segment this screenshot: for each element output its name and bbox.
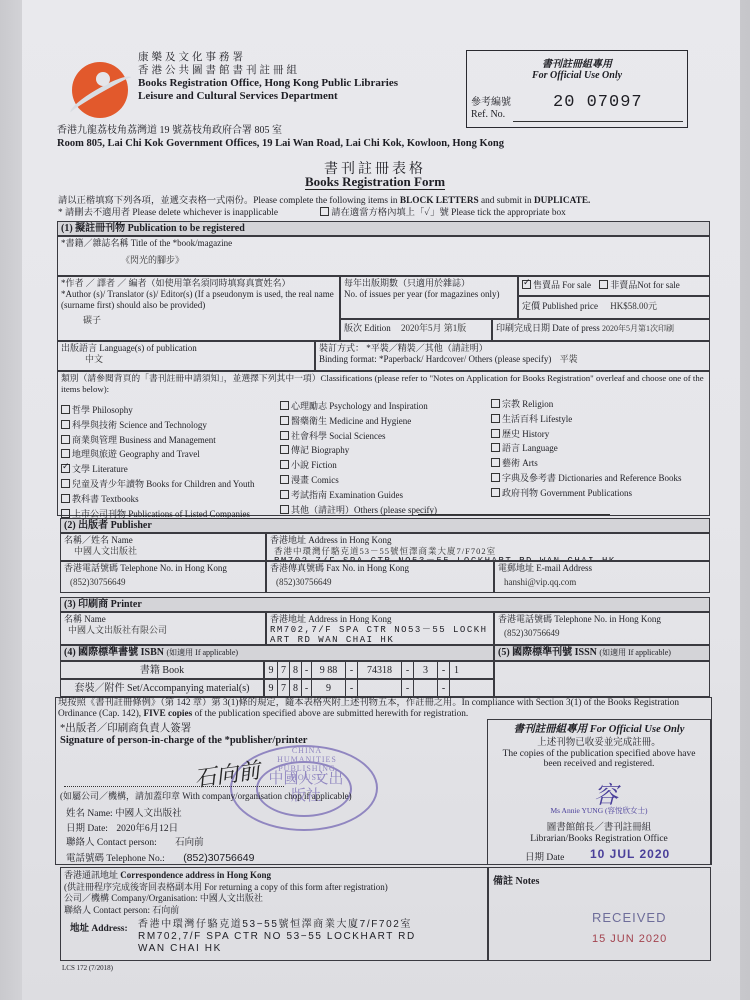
isbn-digit-cell: 9 — [265, 680, 277, 696]
office-name-zh: 圖書館館長／書刊註冊組 — [487, 823, 711, 834]
title-label: *書籍／雜誌名稱 Title of the *book/magazine — [61, 238, 706, 249]
classification-label: 宗教 Religion — [502, 399, 553, 409]
correspondence-company-value: 中國人文出版社 — [200, 893, 263, 903]
isbn-digit-cell: - — [401, 662, 413, 678]
classification-option[interactable]: 政府刊物 Government Publications — [491, 486, 632, 499]
instruction-en-a: Please complete the following items in — [253, 196, 400, 206]
press-date-value: 2020年5月第1次印刷 — [602, 324, 674, 333]
signatory-details: 姓名 Name: 中國人文出版社 日期 Date: 2020年6月12日 聯絡人… — [66, 807, 254, 866]
instruction-delete-note: * 請刪去不適用者 Please delete whichever is ina… — [58, 208, 278, 218]
classification-option[interactable]: 生活百科 Lifestyle — [491, 412, 572, 425]
instruction-en-d: DUPLICATE. — [534, 196, 590, 206]
checkbox-icon — [280, 505, 289, 514]
checkbox-icon — [61, 449, 70, 458]
publisher-address-field[interactable]: 香港地址 Address in Hong Kong 香港中環灣仔駱克道53－55… — [266, 533, 710, 561]
publisher-name-field[interactable]: 名稱／姓名 Name 中國人文出版社 — [60, 533, 266, 561]
classification-option[interactable]: 教科書 Textbooks — [61, 492, 139, 505]
correspondence-company-label: 公司／機構 Company/Organisation: — [64, 893, 198, 903]
issues-label-en: No. of issues per year (for magazines on… — [344, 289, 514, 300]
checkbox-icon — [61, 479, 70, 488]
printer-address-field[interactable]: 香港地址 Address in Hong Kong RM702,7/F SPA … — [266, 612, 494, 645]
official-date-label: 日期 Date — [525, 849, 564, 863]
classification-option[interactable]: 宗教 Religion — [491, 397, 553, 410]
classification-label: 小說 Fiction — [291, 460, 337, 470]
classification-option[interactable]: 地理與旅遊 Geography and Travel — [61, 447, 200, 460]
official-use-title: 書刊註冊組專用 For Official Use Only — [487, 721, 711, 736]
stamp-outer-text: CHINA HUMANITIES PUBLISHING HOUSE — [262, 746, 352, 782]
author-value: 碳子 — [83, 315, 336, 326]
checkbox-icon — [61, 494, 70, 503]
office-block: 圖書館館長／書刊註冊組 Librarian/Books Registration… — [487, 823, 711, 845]
isbn-digit-cell: 7 — [277, 680, 289, 696]
checkbox-icon — [61, 509, 70, 518]
classification-option[interactable]: 漫畫 Comics — [280, 473, 339, 486]
classification-option[interactable]: 歷史 History — [491, 427, 549, 440]
isbn-book-label: 書籍 Book — [60, 661, 264, 679]
classification-label: 兒童及青少年讀物 Books for Children and Youth — [72, 479, 255, 489]
classification-label: 商業與管理 Business and Management — [72, 435, 216, 445]
form-code: LCS 172 (7/2018) — [62, 964, 113, 972]
signatory-tel-row: 電話號碼 Telephone No.: (852)30756649 — [66, 851, 254, 867]
price-value: HK$58.00元 — [610, 301, 657, 311]
official-use-text: 上述刊物已收妥並完成註冊。 The copies of the publicat… — [497, 738, 701, 770]
ref-number: 20 07097 — [553, 93, 643, 112]
officer-name: Ms Annie YUNG (容悅欣女士) — [487, 805, 711, 816]
classification-option[interactable]: 商業與管理 Business and Management — [61, 433, 216, 446]
isbn-digit-cell: 9 88 — [311, 662, 345, 678]
title-field[interactable]: *書籍／雜誌名稱 Title of the *book/magazine 《閃光… — [57, 236, 710, 276]
printer-name-value: 中國人文出版社有限公司 — [68, 625, 262, 636]
correspondence-content: 香港通訊地址 Correspondence address in Hong Ko… — [64, 870, 388, 916]
printer-address-line2: ART RD WAN CHAI HK — [270, 635, 490, 645]
classification-option[interactable]: 心理勵志 Psychology and Inspiration — [280, 399, 428, 412]
checkbox-icon — [280, 445, 289, 454]
isbn-digit-cell: 74318 — [357, 662, 401, 678]
org-name-zh-1: 康樂及文化事務署 — [138, 52, 398, 65]
for-sale-label: 售賣品 For sale — [533, 280, 591, 290]
isbn-digit-cell: - — [401, 680, 413, 696]
office-name-en: Librarian/Books Registration Office — [487, 834, 711, 845]
checkbox-icon — [61, 420, 70, 429]
author-label-zh: *作者 ／ 譯者 ／ 編者（如使用筆名須同時填寫真實姓名） — [61, 278, 336, 289]
signatory-date-row: 日期 Date: 2020年6月12日 — [66, 822, 254, 837]
logo-head — [96, 72, 110, 86]
isbn-digit-cell: 3 — [413, 662, 437, 678]
printer-address-label: 香港地址 Address in Hong Kong — [270, 614, 490, 625]
official-use-title-zh: 書刊註冊組專用 — [514, 724, 588, 735]
language-label: 出版語言 Language(s) of publication — [61, 343, 311, 354]
classification-label: 考試指南 Examination Guides — [291, 490, 403, 500]
checkbox-icon — [491, 429, 500, 438]
not-for-sale-checkbox[interactable]: 非賣品Not for sale — [599, 280, 680, 290]
official-use-ref-box: 書刊註冊組專用 For Official Use Only 參考編號 Ref. … — [466, 50, 688, 128]
classification-label: 哲學 Philosophy — [72, 405, 133, 415]
isbn-digit-cell: 9 — [311, 680, 345, 696]
official-date-stamp: 10 JUL 2020 — [590, 847, 670, 861]
isbn-digit-cell — [413, 680, 437, 696]
isbn-set-label: 套裝／附件 Set/Accompanying material(s) — [60, 679, 264, 697]
signatory-tel-value: (852)30756649 — [183, 852, 254, 864]
classification-option[interactable]: 醫藥衛生 Medicine and Hygiene — [280, 414, 411, 427]
instructions: 請以正楷填寫下列各項，並遞交表格一式兩份。Please complete the… — [58, 196, 590, 219]
correspondence-address-en2: WAN CHAI HK — [138, 943, 416, 955]
isbn-book-row[interactable]: 978-9 88-74318-3-1 — [264, 661, 494, 679]
org-name-zh-2: 香港公共圖書館書刊註冊組 — [138, 65, 398, 78]
classifications-intro: 類別（請參閱背頁的「書刊註冊申請須知」，並選擇下列其中一項）Classifica… — [61, 373, 706, 395]
signatory-contact-row: 聯絡人 Contact person: 石向前 — [66, 836, 254, 851]
publisher-tel-value: (852)30756649 — [70, 577, 262, 588]
correspondence-title-zh: 香港通訊地址 — [64, 870, 118, 880]
signatory-date-value: 2020年6月12日 — [116, 824, 178, 834]
isbn-set-row[interactable]: 978-9--- — [264, 679, 494, 697]
printer-tel-field[interactable]: 香港電話號碼 Telephone No. in Hong Kong (852)3… — [494, 612, 710, 645]
checkbox-icon — [61, 464, 70, 473]
edition-value: 2020年5月 第1版 — [401, 323, 466, 333]
classification-label: 語言 Language — [502, 443, 558, 453]
signatory-name-row: 姓名 Name: 中國人文出版社 — [66, 807, 254, 822]
publisher-name-value: 中國人文出版社 — [74, 546, 262, 557]
ref-label-en: Ref. No. — [471, 109, 505, 120]
isbn-header-title: (4) 國際標準書號 ISBN — [64, 647, 164, 658]
author-field[interactable]: *作者 ／ 譯者 ／ 編者（如使用筆名須同時填寫真實姓名） *Author (s… — [57, 276, 340, 341]
checkbox-icon — [491, 473, 500, 482]
binding-field[interactable]: 裝訂方式： *平裝／精裝／其他（請註明） Binding format: *Pa… — [315, 341, 710, 371]
classification-option[interactable]: 社會科學 Social Sciences — [280, 429, 385, 442]
binding-label-en: Binding format: *Paperback/ Hardcover/ O… — [319, 354, 551, 364]
signatory-name-value: 中國人文出版社 — [115, 809, 182, 819]
publisher-fax-label: 香港傳真號碼 Fax No. in Hong Kong — [270, 563, 490, 574]
form-title-en: Books Registration Form — [0, 174, 750, 190]
classification-label: 文學 Literature — [72, 464, 128, 474]
section3-header: (3) 印刷商 Printer — [60, 597, 710, 612]
checkbox-icon — [280, 401, 289, 410]
classification-option[interactable]: 小說 Fiction — [280, 458, 337, 471]
classification-label: 其他（請註明）Others (please specify) — [291, 505, 437, 515]
edition-field[interactable]: 版次 Edition 2020年5月 第1版 — [340, 319, 492, 341]
classification-label: 傳記 Biography — [291, 445, 349, 455]
binding-label-zh: 裝訂方式： *平裝／精裝／其他（請註明） — [319, 343, 706, 354]
issues-field[interactable]: 每年出版期數（只適用於雜誌） No. of issues per year (f… — [340, 276, 518, 319]
isbn-digit-cell — [357, 680, 401, 696]
checkbox-icon — [491, 458, 500, 467]
compliance-text-en-b: FIVE copies — [143, 709, 192, 719]
classification-label: 社會科學 Social Sciences — [291, 431, 385, 441]
signatory-contact-value: 石向前 — [175, 838, 204, 848]
instruction-tick-note: 請在適當方格內填上「✓」號 Please tick the appropriat… — [331, 208, 566, 218]
classification-option[interactable]: 字典及參考書 Dictionaries and Reference Books — [491, 471, 681, 484]
checkbox-icon — [491, 443, 500, 452]
isbn-header-note: (如適用 If applicable) — [167, 648, 239, 657]
correspondence-address-label: 地址 Address: — [70, 920, 128, 934]
classification-label: 科學與技術 Science and Technology — [72, 420, 207, 430]
publisher-tel-field[interactable]: 香港電話號碼 Telephone No. in Hong Kong (852)3… — [60, 561, 266, 593]
classification-option[interactable]: 科學與技術 Science and Technology — [61, 418, 207, 431]
checkbox-icon — [599, 280, 608, 289]
section1-header: (1) 擬註冊刊物 Publication to be registered — [57, 221, 710, 236]
isbn-digit-cell: 8 — [289, 680, 301, 696]
checkbox-icon — [280, 460, 289, 469]
instruction-tick-note-wrap: 請在適當方格內填上「✓」號 Please tick the appropriat… — [320, 208, 566, 218]
language-value: 中文 — [85, 354, 311, 365]
instruction-line-2: * 請刪去不適用者 Please delete whichever is ina… — [58, 207, 590, 219]
correspondence-address-zh: 香港中環灣仔駱克道53−55號恒澤商業大廈7/F702室 — [138, 919, 416, 931]
classification-label: 地理與旅遊 Geography and Travel — [72, 449, 200, 459]
title-value: 《閃光的腳步》 — [121, 255, 706, 266]
signatory-contact-label: 聯絡人 Contact person: — [66, 838, 157, 848]
instruction-en-c: and submit in — [479, 196, 534, 206]
checkbox-icon — [280, 416, 289, 425]
checkbox-icon — [491, 399, 500, 408]
classification-option[interactable]: 語言 Language — [491, 441, 558, 454]
signature-label-zh: *出版者／印刷商負責人簽署 — [60, 723, 307, 735]
issn-field[interactable] — [494, 661, 710, 697]
printer-tel-label: 香港電話號碼 Telephone No. in Hong Kong — [498, 614, 706, 625]
official-use-text-zh: 上述刊物已收妥並完成註冊。 — [497, 738, 701, 749]
binding-value: 平裝 — [560, 354, 578, 364]
signature-line — [64, 786, 284, 787]
section4-header: (4) 國際標準書號 ISBN (如適用 If applicable) — [60, 645, 494, 661]
received-stamp-date: 15 JUN 2020 — [592, 933, 667, 945]
not-for-sale-label: 非賣品Not for sale — [610, 280, 680, 290]
classification-option[interactable]: 其他（請註明）Others (please specify) — [280, 503, 437, 516]
classification-option[interactable]: 傳記 Biography — [280, 443, 349, 456]
office-address-en: Room 805, Lai Chi Kok Government Offices… — [57, 137, 504, 150]
organisation-block: 康樂及文化事務署 香港公共圖書館書刊註冊組 Books Registration… — [138, 52, 398, 102]
checkbox-icon — [280, 431, 289, 440]
for-sale-checkbox[interactable]: 售賣品 For sale — [522, 280, 591, 290]
org-name-en-2: Leisure and Cultural Services Department — [138, 90, 398, 103]
correspondence-address-en1: RM702,7/F SPA CTR NO 53−55 LOCKHART RD — [138, 931, 416, 943]
form-title-en-text: Books Registration Form — [305, 174, 445, 190]
isbn-digit-cell — [449, 680, 463, 696]
issn-header-title: (5) 國際標準刊號 ISSN — [498, 647, 597, 658]
received-stamp-text: RECEIVED — [592, 910, 666, 925]
official-title-zh: 書刊註冊組專用 — [467, 55, 687, 70]
checkbox-icon — [280, 490, 289, 499]
instruction-en-b: BLOCK LETTERS — [400, 196, 479, 206]
classification-option[interactable]: 兒童及青少年讀物 Books for Children and Youth — [61, 477, 255, 490]
org-name-en-1: Books Registration Office, Hong Kong Pub… — [138, 77, 398, 90]
classification-option[interactable]: 哲學 Philosophy — [61, 403, 133, 416]
press-date-label: 印刷完成日期 Date of press — [496, 323, 600, 333]
official-use-text-en: The copies of the publication specified … — [497, 749, 701, 770]
classification-option[interactable]: 文學 Literature — [61, 462, 128, 475]
printer-name-label: 名稱 Name — [64, 614, 262, 625]
compliance-text-zh: 現按照《書刊註冊條例》（第 142 章）第 3(1)條的規定，隨本表格夾附上述刊… — [58, 698, 462, 708]
section5-header: (5) 國際標準刊號 ISSN (如適用 If applicable) — [494, 645, 710, 661]
language-field[interactable]: 出版語言 Language(s) of publication 中文 — [57, 341, 315, 371]
signature-label: *出版者／印刷商負責人簽署 Signature of person-in-cha… — [60, 723, 307, 747]
edition-label: 版次 Edition — [344, 323, 391, 333]
isbn-digit-cell: - — [301, 680, 311, 696]
sale-status-field: 售賣品 For sale 非賣品Not for sale — [518, 276, 710, 296]
publisher-fax-field[interactable]: 香港傳真號碼 Fax No. in Hong Kong (852)3075664… — [266, 561, 494, 593]
isbn-digit-cell: - — [345, 662, 357, 678]
checkbox-icon — [320, 207, 329, 216]
correspondence-contact-row: 聯絡人 Contact person: 石向前 — [64, 905, 388, 917]
office-address: 香港九龍荔枝角荔灣道 19 號荔枝角政府合署 805 室 Room 805, L… — [57, 124, 504, 150]
classification-label: 藝術 Arts — [502, 458, 538, 468]
isbn-digit-cell: 8 — [289, 662, 301, 678]
publisher-email-label: 電郵地址 E-mail Address — [498, 563, 706, 574]
signatory-tel-label: 電話號碼 Telephone No.: — [66, 854, 165, 864]
checkbox-icon — [61, 435, 70, 444]
ref-label-zh: 參考編號 — [471, 93, 511, 108]
issn-header-note: (如適用 If applicable) — [599, 648, 671, 657]
publisher-email-field[interactable]: 電郵地址 E-mail Address hanshi@vip.qq.com — [494, 561, 710, 593]
author-label-en: *Author (s)/ Translator (s)/ Editor(s) (… — [61, 289, 336, 311]
classification-label: 政府刊物 Government Publications — [502, 488, 632, 498]
publisher-name-label: 名稱／姓名 Name — [64, 535, 262, 546]
checkbox-icon — [280, 475, 289, 484]
isbn-digit-cell: 7 — [277, 662, 289, 678]
correspondence-company-row: 公司／機構 Company/Organisation: 中國人文出版社 — [64, 893, 388, 905]
printer-tel-value: (852)30756649 — [504, 628, 706, 639]
publisher-email-value: hanshi@vip.qq.com — [504, 577, 706, 588]
classification-label: 教科書 Textbooks — [72, 494, 139, 504]
compliance-text-en-c: of the publication specified above are s… — [192, 709, 468, 719]
price-field[interactable]: 定價 Published price HK$58.00元 — [518, 296, 710, 319]
official-use-title-en: For Official Use Only — [590, 724, 685, 735]
isbn-digit-cell: 1 — [449, 662, 463, 678]
printer-name-field[interactable]: 名稱 Name 中國人文出版社有限公司 — [60, 612, 266, 645]
classification-label: 生活百科 Lifestyle — [502, 414, 572, 424]
classification-label: 醫藥衛生 Medicine and Hygiene — [291, 416, 411, 426]
signatory-name-label: 姓名 Name: — [66, 809, 113, 819]
publisher-fax-value: (852)30756649 — [276, 577, 490, 588]
chop-note: (如屬公司／機構，請加蓋印章 With company/organisation… — [60, 789, 352, 802]
press-date-field[interactable]: 印刷完成日期 Date of press 2020年5月第1次印刷 — [492, 319, 710, 341]
publisher-tel-label: 香港電話號碼 Telephone No. in Hong Kong — [64, 563, 262, 574]
issues-label-zh: 每年出版期數（只適用於雜誌） — [344, 278, 514, 289]
price-label: 定價 Published price — [522, 301, 598, 311]
instruction-line-1: 請以正楷填寫下列各項，並遞交表格一式兩份。Please complete the… — [58, 196, 590, 207]
correspondence-contact-value: 石向前 — [152, 905, 179, 915]
isbn-digit-cell: - — [301, 662, 311, 678]
checkbox-icon — [61, 405, 70, 414]
checkbox-icon — [522, 280, 531, 289]
correspondence-address: 香港中環灣仔駱克道53−55號恒澤商業大廈7/F702室 RM702,7/F S… — [138, 919, 416, 955]
notes-label: 備註 Notes — [493, 872, 539, 887]
classification-label: 字典及參考書 Dictionaries and Reference Books — [502, 473, 681, 483]
instruction-zh: 請以正楷填寫下列各項，並遞交表格一式兩份。 — [58, 196, 253, 206]
section2-header: (2) 出版者 Publisher — [60, 518, 710, 533]
correspondence-title: 香港通訊地址 Correspondence address in Hong Ko… — [64, 870, 388, 882]
classification-label: 心理勵志 Psychology and Inspiration — [291, 401, 428, 411]
official-title-en: For Official Use Only — [467, 70, 687, 81]
correspondence-title-en: Correspondence address in Hong Kong — [120, 870, 271, 880]
isbn-digit-cell: 9 — [265, 662, 277, 678]
isbn-digit-cell: - — [437, 662, 449, 678]
others-specify-line — [418, 514, 610, 515]
publisher-address-label: 香港地址 Address in Hong Kong — [270, 535, 706, 546]
classification-label: 漫畫 Comics — [291, 475, 339, 485]
isbn-digit-cell: - — [437, 680, 449, 696]
compliance-text: 現按照《書刊註冊條例》（第 142 章）第 3(1)條的規定，隨本表格夾附上述刊… — [58, 698, 708, 720]
classification-label: 歷史 History — [502, 429, 549, 439]
correspondence-note: (供註冊程序完成後寄回表格副本用 For returning a copy of… — [64, 882, 388, 894]
isbn-digit-cell: - — [345, 680, 357, 696]
checkbox-icon — [491, 488, 500, 497]
checkbox-icon — [491, 414, 500, 423]
ref-underline — [513, 121, 683, 122]
signatory-date-label: 日期 Date: — [66, 824, 108, 834]
classification-option[interactable]: 藝術 Arts — [491, 456, 538, 469]
correspondence-contact-label: 聯絡人 Contact person: — [64, 905, 150, 915]
office-address-zh: 香港九龍荔枝角荔灣道 19 號荔枝角政府合署 805 室 — [57, 124, 504, 137]
printer-address-line1: RM702,7/F SPA CTR NO53－55 LOCKH — [270, 625, 490, 635]
classification-option[interactable]: 考試指南 Examination Guides — [280, 488, 403, 501]
